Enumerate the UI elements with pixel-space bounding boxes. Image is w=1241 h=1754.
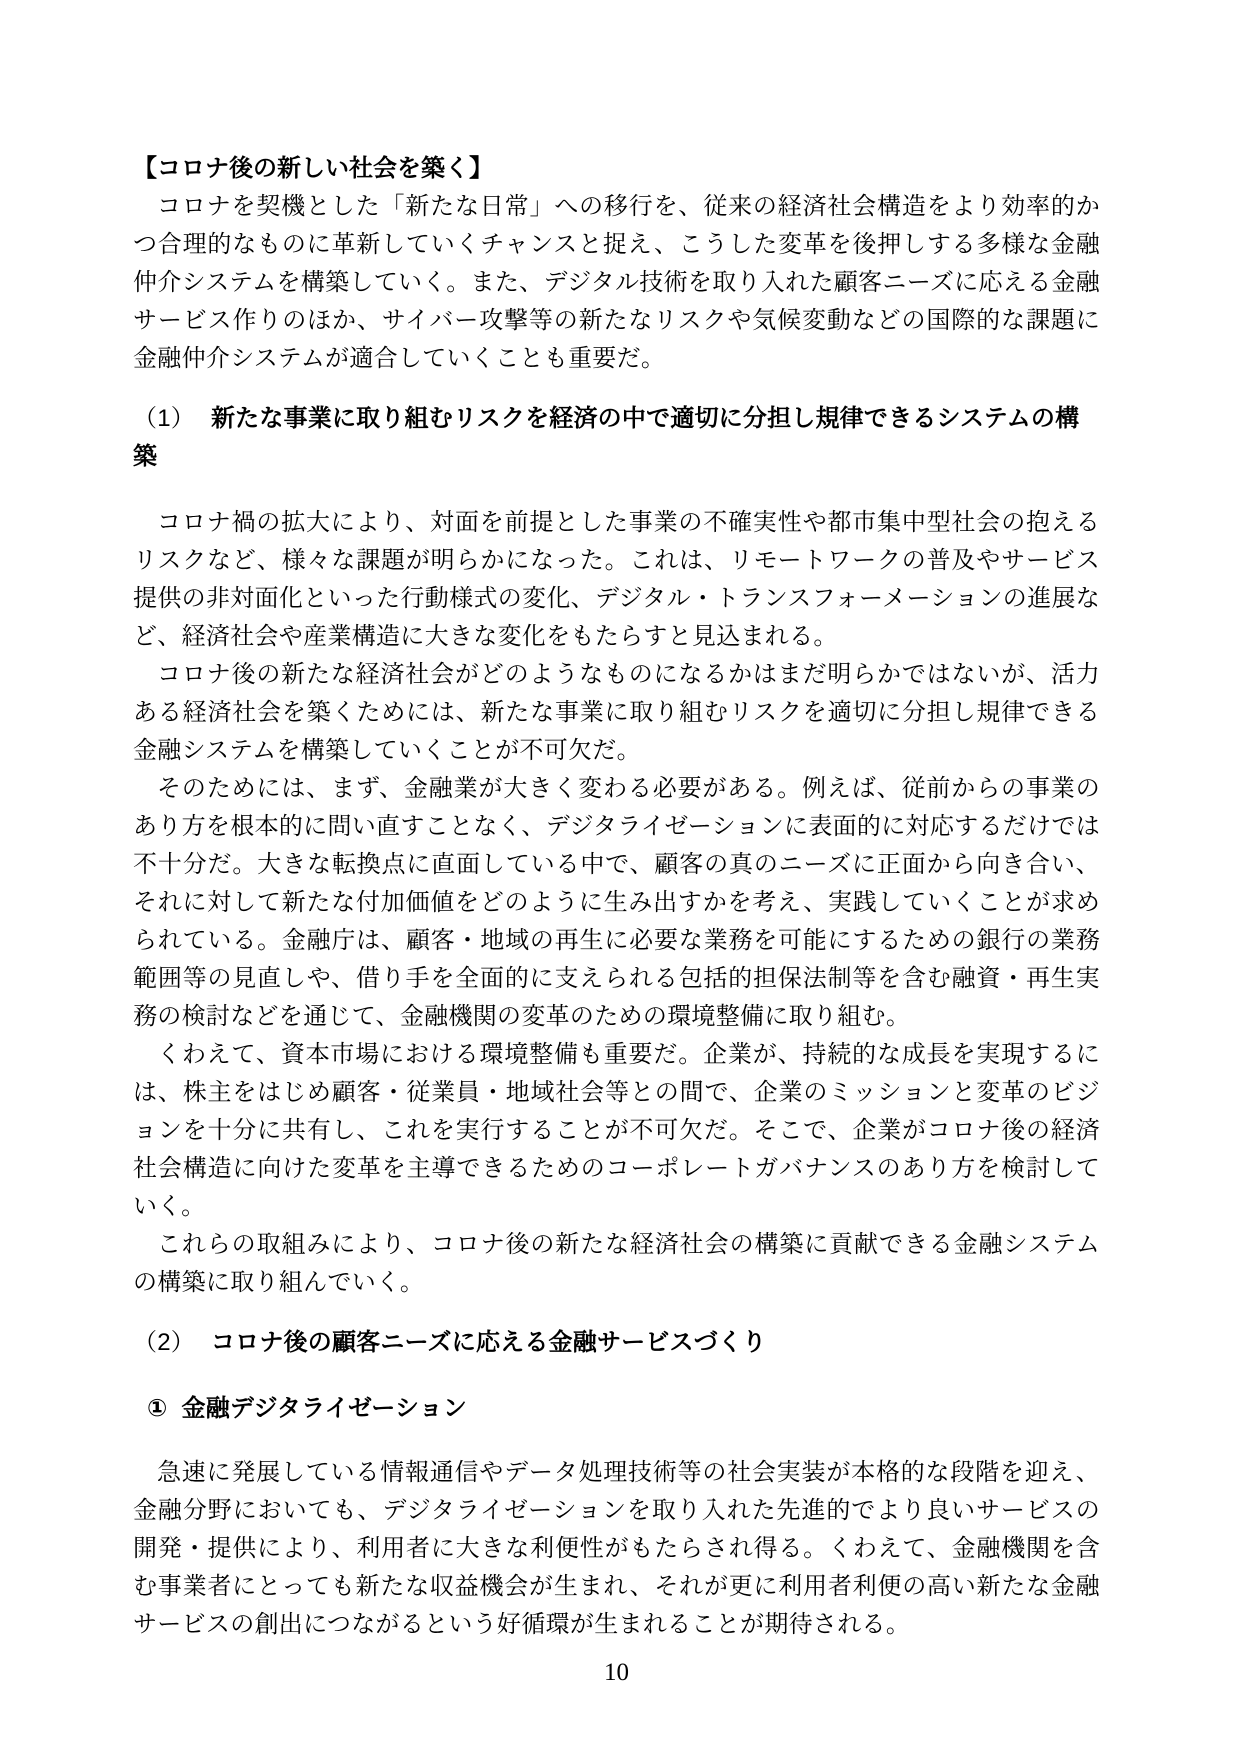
intro-paragraph: コロナを契機とした「新たな日常」への移行を、従来の経済社会構造をより効率的かつ合… (133, 188, 1100, 378)
heading-subsection-1: ①金融デジタライゼーション (147, 1390, 1100, 1428)
heading-section-1-title: 新たな事業に取り組むリスクを経済の中で適切に分担し規律できるシステムの構築 (133, 405, 1079, 470)
section-1-paragraph-2: コロナ後の新たな経済社会がどのようなものになるかはまだ明らかではないが、活力ある… (133, 656, 1100, 770)
heading-subsection-1-title: 金融デジタライゼーション (182, 1395, 468, 1422)
heading-subsection-1-number: ① (147, 1395, 168, 1422)
page-number: 10 (133, 1658, 1100, 1688)
subsection-1-paragraph-1: 急速に発展している情報通信やデータ処理技術等の社会実装が本格的な段階を迎え、金融… (133, 1454, 1100, 1644)
heading-section-1: （1）新たな事業に取り組むリスクを経済の中で適切に分担し規律できるシステムの構築 (133, 400, 1100, 476)
heading-section-2: （2）コロナ後の顧客ニーズに応える金融サービスづくり (133, 1324, 1100, 1362)
heading-section-1-number: （1） (133, 405, 195, 432)
section-title: 【コロナ後の新しい社会を築く】 (133, 150, 1100, 188)
section-1-paragraph-3: そのためには、まず、金融業が大きく変わる必要がある。例えば、従前からの事業のあり… (133, 770, 1100, 1036)
heading-section-2-number: （2） (133, 1329, 195, 1356)
heading-section-2-title: コロナ後の顧客ニーズに応える金融サービスづくり (211, 1329, 766, 1356)
section-1-paragraph-4: くわえて、資本市場における環境整備も重要だ。企業が、持続的な成長を実現するには、… (133, 1036, 1100, 1226)
document-page: 【コロナ後の新しい社会を築く】 コロナを契機とした「新たな日常」への移行を、従来… (0, 0, 1241, 1754)
section-1-paragraph-1: コロナ禍の拡大により、対面を前提とした事業の不確実性や都市集中型社会の抱えるリス… (133, 504, 1100, 656)
section-1-paragraph-5: これらの取組みにより、コロナ後の新たな経済社会の構築に貢献できる金融システムの構… (133, 1226, 1100, 1302)
